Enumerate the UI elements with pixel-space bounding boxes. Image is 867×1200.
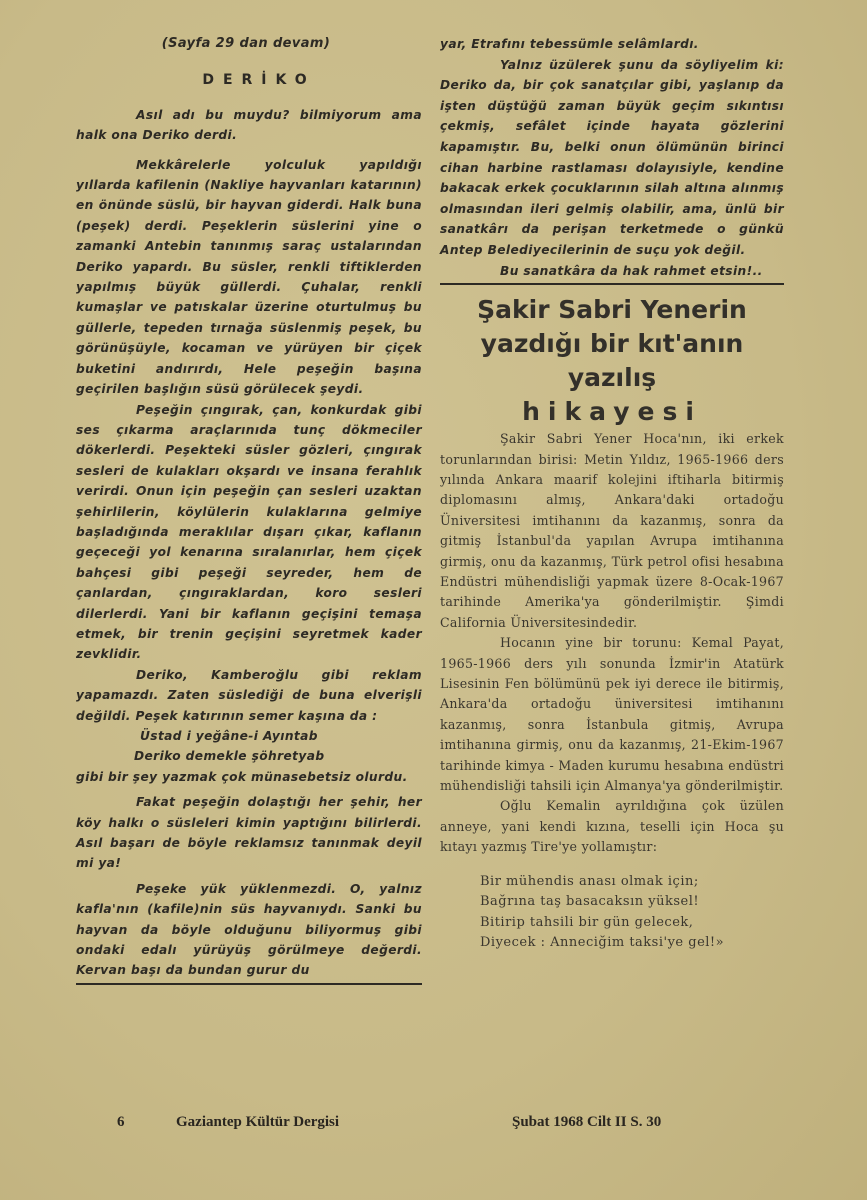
paragraph: Şakir Sabri Yener Hoca'nın, iki erkek to… (440, 429, 784, 633)
magazine-name: Gaziantep Kültür Dergisi (176, 1114, 339, 1131)
paragraph: Hocanın yine bir torunu: Kemal Payat, 19… (440, 633, 784, 796)
right-column: yar, Etrafını tebessümle selâmlardı. Yal… (440, 34, 784, 954)
verse-line: Bağrına taş basacaksın yüksel! (480, 892, 784, 913)
paragraph: Peşeğin çıngırak, çan, konkurdak gibi se… (76, 400, 422, 665)
title-line: yazdığı bir kıt'anın yazılış (440, 327, 784, 395)
article-title-deriko: DERİKO (96, 70, 422, 90)
paragraph: Oğlu Kemalin ayrıldığına çok üzülen anne… (440, 796, 784, 857)
continuation-note: (Sayfa 29 dan devam) (70, 34, 422, 54)
verse-line: Üstad i yeğâne-i Ayıntab (76, 726, 422, 746)
continued-text: yar, Etrafını tebessümle selâmlardı. (440, 34, 784, 55)
title-line: hikayesi (440, 395, 784, 429)
paragraph: Deriko, Kamberoğlu gibi reklam yapamazdı… (76, 665, 422, 726)
paragraph: Peşeke yük yüklenmezdi. O, yalnız kafla'… (76, 879, 422, 981)
verse-line: Deriko demekle şöhretyab (76, 746, 422, 766)
verse-line: Bir mühendis anası olmak için; (480, 872, 784, 893)
divider (76, 983, 422, 985)
article-title-sakir: Şakir Sabri Yenerin yazdığı bir kıt'anın… (440, 293, 784, 429)
title-line: Şakir Sabri Yenerin (440, 293, 784, 327)
verse-line: Diyecek : Anneciğim taksi'ye gel!» (480, 933, 784, 954)
paragraph: Mekkârelerle yolculuk yapıldığı yıllarda… (76, 155, 422, 400)
left-column: (Sayfa 29 dan devam) DERİKO Asıl adı bu … (76, 34, 422, 985)
closing-line: Bu sanatkâra da hak rahmet etsin!.. (440, 261, 784, 282)
paragraph: gibi bir şey yazmak çok münasebetsiz olu… (76, 767, 422, 787)
magazine-page: (Sayfa 29 dan devam) DERİKO Asıl adı bu … (0, 0, 867, 1200)
paragraph: Asıl adı bu muydu? bilmiyorum ama halk o… (76, 105, 422, 146)
divider (440, 283, 784, 285)
issue-info: Şubat 1968 Cilt II S. 30 (512, 1114, 661, 1131)
paragraph: Fakat peşeğin dolaştığı her şehir, her k… (76, 792, 422, 874)
paragraph: Yalnız üzülerek şunu da söyliyelim ki: D… (440, 55, 784, 261)
poem: Bir mühendis anası olmak için; Bağrına t… (440, 872, 784, 954)
verse-line: Bitirip tahsili bir gün gelecek, (480, 913, 784, 934)
page-number: 6 (117, 1114, 125, 1131)
